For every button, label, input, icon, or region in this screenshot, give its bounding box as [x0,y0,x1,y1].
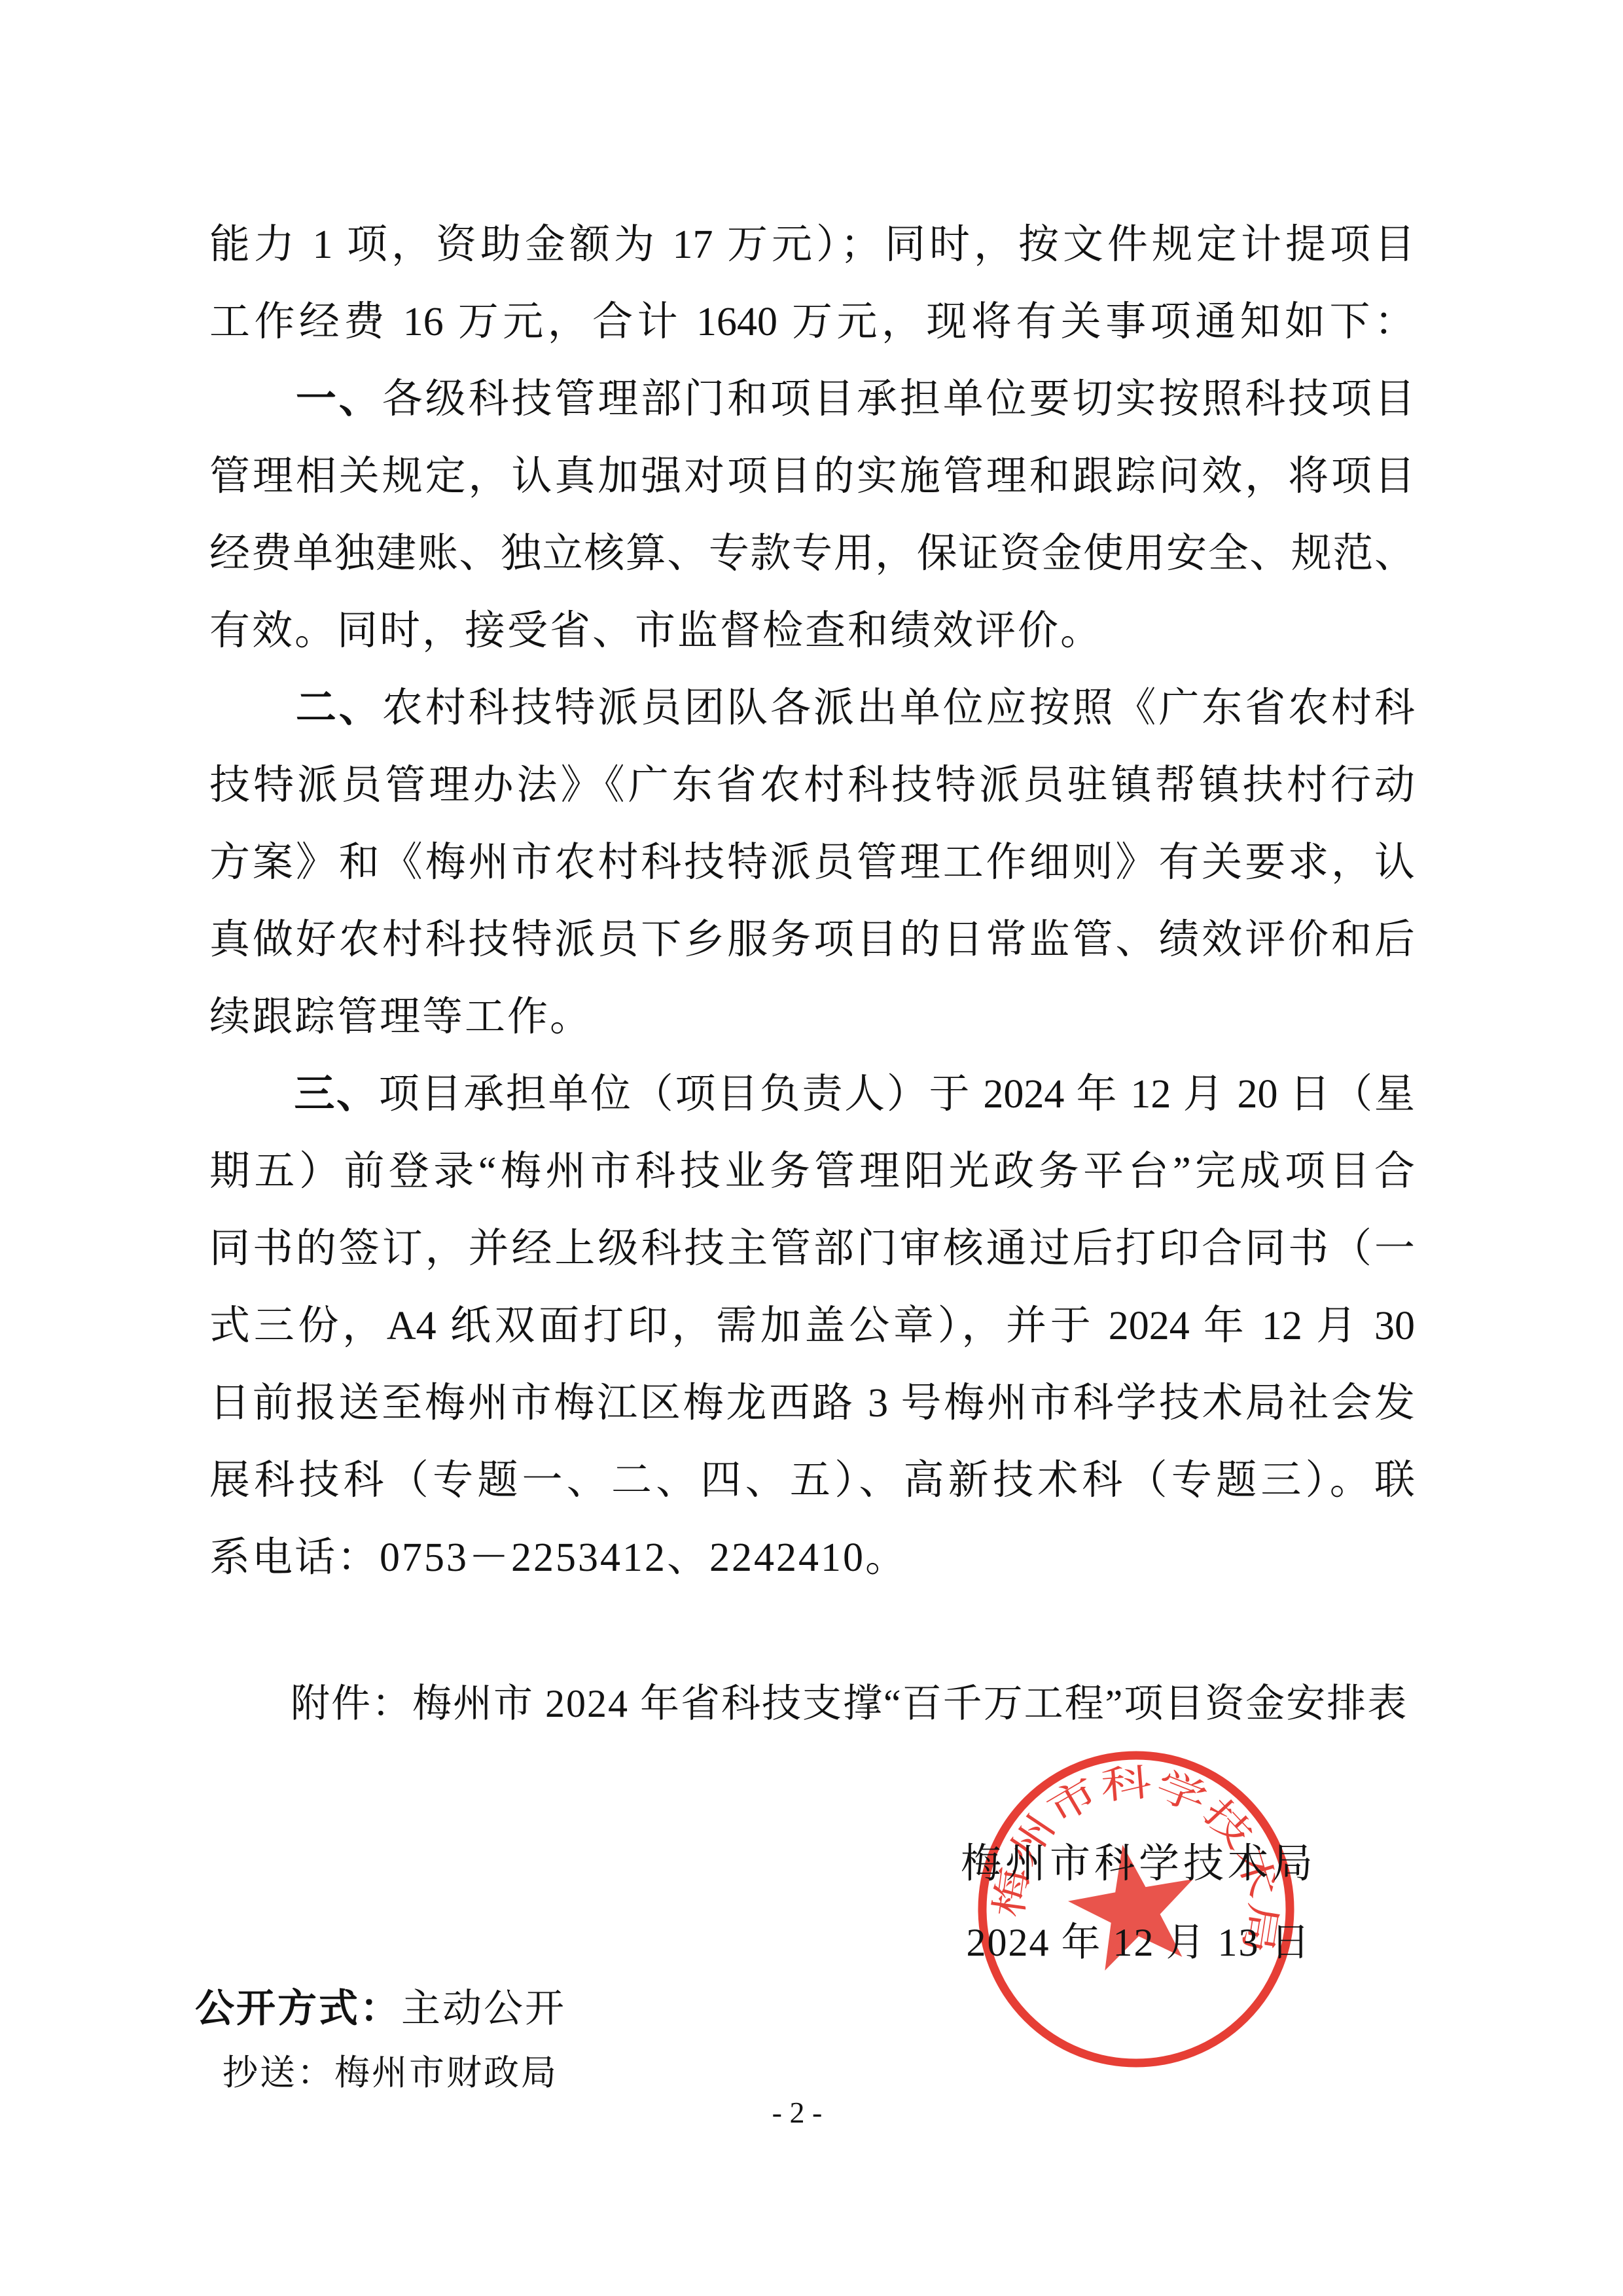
document-page: 能力 1 项，资助金额为 17 万元）；同时，按文件规定计提项目工作经费 16 … [0,0,1623,2296]
paragraph-number: 三、 [209,1071,379,1117]
body-line: 能力 1 项，资助金额为 17 万元）；同时，按文件规定计提项目 [209,206,1415,283]
page-number: - 2 - [732,2094,863,2131]
attachment-line: 附件：梅州市 2024 年省科技支撑“百千万工程”项目资金安排表 [209,1682,1453,1725]
body-line: 方案》和《梅州市农村科技特派员管理工作细则》有关要求，认 [209,824,1415,901]
body-line: 式三份，A4 纸双面打印，需加盖公章），并于 2024 年 12 月 30 [209,1287,1415,1365]
disclosure-label: 公开方式： [195,1986,401,2030]
disclosure-value: 主动公开 [401,1987,566,2030]
document-body: 能力 1 项，资助金额为 17 万元）；同时，按文件规定计提项目工作经费 16 … [209,206,1415,1596]
disclosure-line: 公开方式：主动公开 [195,1986,566,2032]
body-line: 有效。同时，接受省、市监督检查和绩效评价。 [209,592,1415,670]
body-line: 一、各级科技管理部门和项目承担单位要切实按照科技项目 [209,361,1415,438]
cc-line: 抄送：梅州市财政局 [223,2053,558,2093]
body-line: 技特派员管理办法》《广东省农村科技特派员驻镇帮镇扶村行动 [209,747,1415,824]
body-line: 同书的签订，并经上级科技主管部门审核通过后打印合同书（一 [209,1210,1415,1287]
body-line: 展科技科（专题一、二、四、五）、高新技术科（专题三）。联 [209,1442,1415,1519]
body-line: 日前报送至梅州市梅江区梅龙西路 3 号梅州市科学技术局社会发 [209,1365,1415,1442]
body-line: 管理相关规定，认真加强对项目的实施管理和跟踪问效，将项目 [209,438,1415,515]
issue-date: 2024 年 12 月 13 日 [929,1919,1348,1966]
body-line: 系电话：0753－2253412、2242410。 [209,1519,1415,1596]
body-line: 真做好农村科技特派员下乡服务项目的日常监管、绩效评价和后 [209,901,1415,978]
paragraph-number: 二、 [209,685,382,730]
body-line: 经费单独建账、独立核算、专款专用，保证资金使用安全、规范、 [209,515,1415,592]
paragraph-number: 一、 [209,376,382,422]
body-line: 工作经费 16 万元，合计 1640 万元，现将有关事项通知如下： [209,283,1415,361]
body-line: 期五）前登录“梅州市科技业务管理阳光政务平台”完成项目合 [209,1133,1415,1210]
official-seal-stamp: 梅州市科学技术局 [972,1746,1300,2073]
issuing-authority-signature: 梅州市科学技术局 [942,1840,1335,1888]
body-line: 二、农村科技特派员团队各派出单位应按照《广东省农村科 [209,670,1415,747]
body-line: 续跟踪管理等工作。 [209,978,1415,1056]
body-line: 三、项目承担单位（项目负责人）于 2024 年 12 月 20 日（星 [209,1056,1415,1133]
